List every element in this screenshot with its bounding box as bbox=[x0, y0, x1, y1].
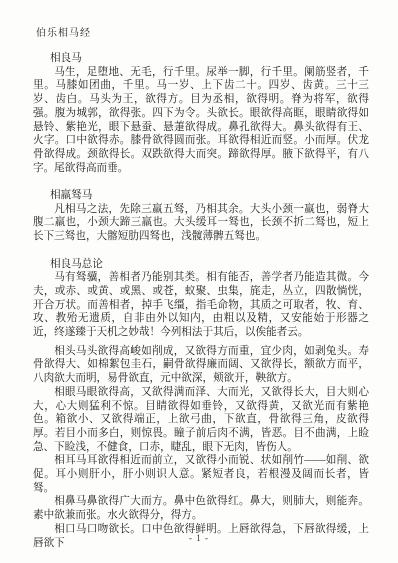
document-title: 伯乐相马经 bbox=[36, 24, 91, 39]
section-xiang-liang-ma-zonglun: 相良马总论 马有驽骥，善相者乃能别其类。相有能否，善学者乃能造其微。今夫，或赤、… bbox=[33, 258, 369, 551]
paragraph: 凡相马之法，先除三羸五驽，乃相其余。大头小颈一羸也，弱脊大腹二羸也，小颈大蹄三羸… bbox=[33, 203, 369, 244]
section-heading-xiang-liang-ma: 相良马 bbox=[33, 52, 369, 66]
section-heading-zonglun: 相良马总论 bbox=[33, 258, 369, 272]
paragraph-xiang-tou: 相头马头欲得高峻如削成，又欲得方而重，宜少肉，如剥兔头。寿骨欲得大、如棉絮包圭石… bbox=[33, 345, 369, 386]
section-xiang-liang-ma: 相良马 马生，足堕地、无毛，行千里。尿举一脚，行千里。阑筋竖者，千里。马膝如团曲… bbox=[33, 52, 369, 175]
paragraph-zonglun-intro: 马有驽骥，善相者乃能别其类。相有能否，善学者乃能造其微。今夫，或赤、或黄、或黑、… bbox=[33, 271, 369, 340]
document-body: 相良马 马生，足堕地、无毛，行千里。尿举一脚，行千里。阑筋竖者，千里。马膝如团曲… bbox=[33, 52, 369, 550]
section-xiang-lei-nu-ma: 相羸驽马 凡相马之法，先除三羸五驽，乃相其余。大头小颈一羸也，弱脊大腹二羸也，小… bbox=[33, 189, 369, 244]
paragraph: 马生，足堕地、无毛，行千里。尿举一脚，行千里。阑筋竖者，千里。马膝如团曲，千里。… bbox=[33, 66, 369, 176]
document-page: 伯乐相马经 相良马 马生，足堕地、无毛，行千里。尿举一脚，行千里。阑筋竖者，千里… bbox=[0, 0, 398, 563]
section-heading-xiang-lei-nu-ma: 相羸驽马 bbox=[33, 189, 369, 203]
paragraph-xiang-er: 相耳马耳欲得相近而前立，又欲得小而锐、状如削竹——如削、欲促。耳小则肝小，肝小则… bbox=[33, 454, 369, 495]
paragraph-xiang-yan: 相眼马眼欲得高，又欲得满而泽、大而光，又欲得长大，目大则心大，心大则猛利不惊。目… bbox=[33, 386, 369, 455]
page-number: - 1 - bbox=[0, 533, 398, 543]
paragraph-xiang-bi: 相鼻马鼻欲得广大而方。鼻中色欲得红。鼻大，则肺大，则能奔。素中欲兼而张。水火欲得… bbox=[33, 495, 369, 522]
